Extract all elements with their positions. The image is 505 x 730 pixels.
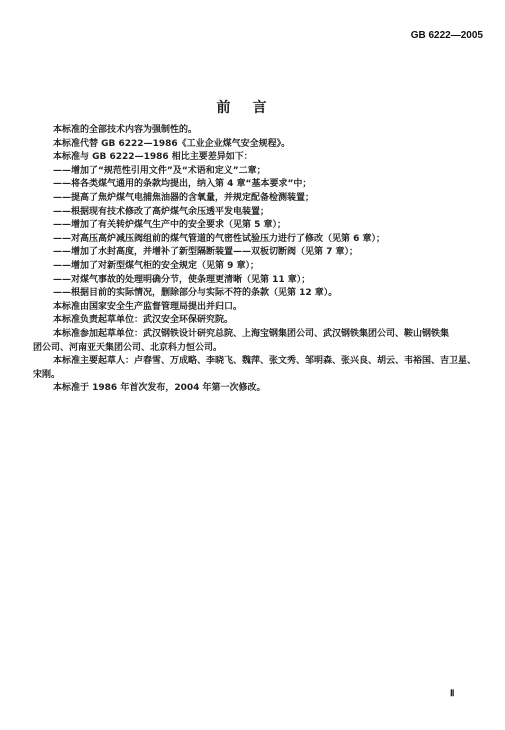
standard-code: GB 6222—2005	[411, 30, 483, 41]
paragraph-replaces: 本标准代替 GB 6222—1986《工业企业煤气安全规程》。	[33, 138, 478, 152]
page-title: 前言	[0, 97, 505, 117]
paragraph-participating-drafters-cont: 团公司、河南亚天集团公司、北京科力恒公司。	[33, 342, 478, 356]
paragraph-mandatory: 本标准的全部技术内容为强制性的。	[33, 124, 478, 138]
list-item: ——增加了水封高度，并增补了新型隔断装置——双板切断阀（见第 7 章）；	[33, 246, 478, 260]
paragraph-main-drafters-cont: 宋刚。	[33, 369, 478, 383]
list-item: ——提高了焦炉煤气电捕焦油器的含氧量，并规定配备检测装置；	[33, 192, 478, 206]
paragraph-main-drafters: 本标准主要起草人：卢春雪、万成略、李晓飞、魏萍、张文秀、邹明森、张兴良、胡云、韦…	[33, 355, 478, 369]
list-item: ——对煤气事故的处理明确分节，使条理更清晰（见第 11 章）；	[33, 274, 478, 288]
list-item: ——增加了有关转炉煤气生产中的安全要求（见第 5 章）；	[33, 219, 478, 233]
paragraph-lead-drafter: 本标准负责起草单位：武汉安全环保研究院。	[33, 314, 478, 328]
list-item: ——对高压高炉减压阀组前的煤气管道的气密性试验压力进行了修改（见第 6 章）；	[33, 233, 478, 247]
list-item: ——增加了“规范性引用文件”及“术语和定义”二章；	[33, 165, 478, 179]
page-number: Ⅱ	[450, 688, 454, 699]
list-item: ——增加了对新型煤气柜的安全规定（见第 9 章）；	[33, 260, 478, 274]
paragraph-proposer: 本标准由国家安全生产监督管理局提出并归口。	[33, 301, 478, 315]
paragraph-participating-drafters: 本标准参加起草单位：武汉钢铁设计研究总院、上海宝钢集团公司、武汉钢铁集团公司、鞍…	[33, 328, 478, 342]
list-item: ——根据现有技术修改了高炉煤气余压透平发电装置；	[33, 206, 478, 220]
paragraph-history: 本标准于 1986 年首次发布，2004 年第一次修改。	[33, 382, 478, 396]
paragraph-differences-intro: 本标准与 GB 6222—1986 相比主要差异如下：	[33, 151, 478, 165]
list-item: ——将各类煤气通用的条款均提出，纳入第 4 章“基本要求”中；	[33, 178, 478, 192]
foreword-body: 本标准的全部技术内容为强制性的。 本标准代替 GB 6222—1986《工业企业…	[33, 124, 478, 396]
list-item: ——根据目前的实际情况，删除部分与实际不符的条款（见第 12 章）。	[33, 287, 478, 301]
